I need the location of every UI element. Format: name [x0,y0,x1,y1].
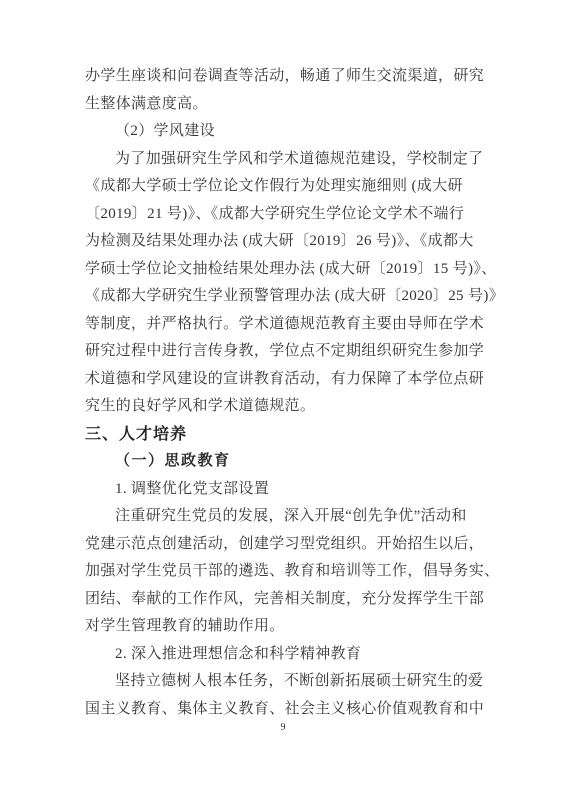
document-page: 办学生座谈和问卷调查等活动，畅通了师生交流渠道，研究 生整体满意度高。 （2）学… [0,0,566,800]
text-line: 办学生座谈和问卷调查等活动，畅通了师生交流渠道，研究 [85,63,487,91]
text-line: 党建示范点创建活动，创建学习型党组织。开始招生以后， [85,531,487,559]
text-line: 为检测及结果处理办法 (成大研〔2019〕26 号)》、《成都大 [85,228,487,256]
text-line: 学硕士学位论文抽检结果处理办法 (成大研〔2019〕15 号)》、 [85,256,487,284]
text-line: 注重研究生党员的发展，深入开展“创先争优”活动和 [85,503,487,531]
numbered-item-title: 2. 深入推进理想信念和科学精神教育 [85,641,487,669]
text-line: 等制度，并严格执行。学术道德规范教育主要由导师在学术 [85,311,487,339]
text-line: 团结、奉献的工作作风，完善相关制度，充分发挥学生干部 [85,586,487,614]
subsection-title: （2）学风建设 [85,118,487,146]
text-line: 究生的良好学风和学术道德规范。 [85,393,487,421]
text-line: 对学生管理教育的辅助作用。 [85,613,487,641]
document-text-block: 办学生座谈和问卷调查等活动，畅通了师生交流渠道，研究 生整体满意度高。 （2）学… [85,63,487,723]
text-line: 加强对学生党员干部的遴选、教育和培训等工作，倡导务实、 [85,558,487,586]
text-line: 坚持立德树人根本任务，不断创新拓展硕士研究生的爱 [85,668,487,696]
section-heading: 三、人才培养 [85,421,487,449]
text-line: 国主义教育、集体主义教育、社会主义核心价值观教育和中 [85,696,487,724]
text-line: 〔2019〕21 号)》、《成都大学研究生学位论文学术不端行 [85,201,487,229]
text-line: 生整体满意度高。 [85,91,487,119]
text-line: 研究过程中进行言传身教，学位点不定期组织研究生参加学 [85,338,487,366]
text-line: 《成都大学研究生学业预警管理办法 (成大研〔2020〕25 号)》 [85,283,487,311]
text-line: 为了加强研究生学风和学术道德规范建设，学校制定了 [85,146,487,174]
text-line: 术道德和学风建设的宣讲教育活动，有力保障了本学位点研 [85,366,487,394]
subsection-heading: （一）思政教育 [85,448,487,476]
numbered-item-title: 1. 调整优化党支部设置 [85,476,487,504]
page-number: 9 [0,721,566,735]
text-line: 《成都大学硕士学位论文作假行为处理实施细则 (成大研 [85,173,487,201]
